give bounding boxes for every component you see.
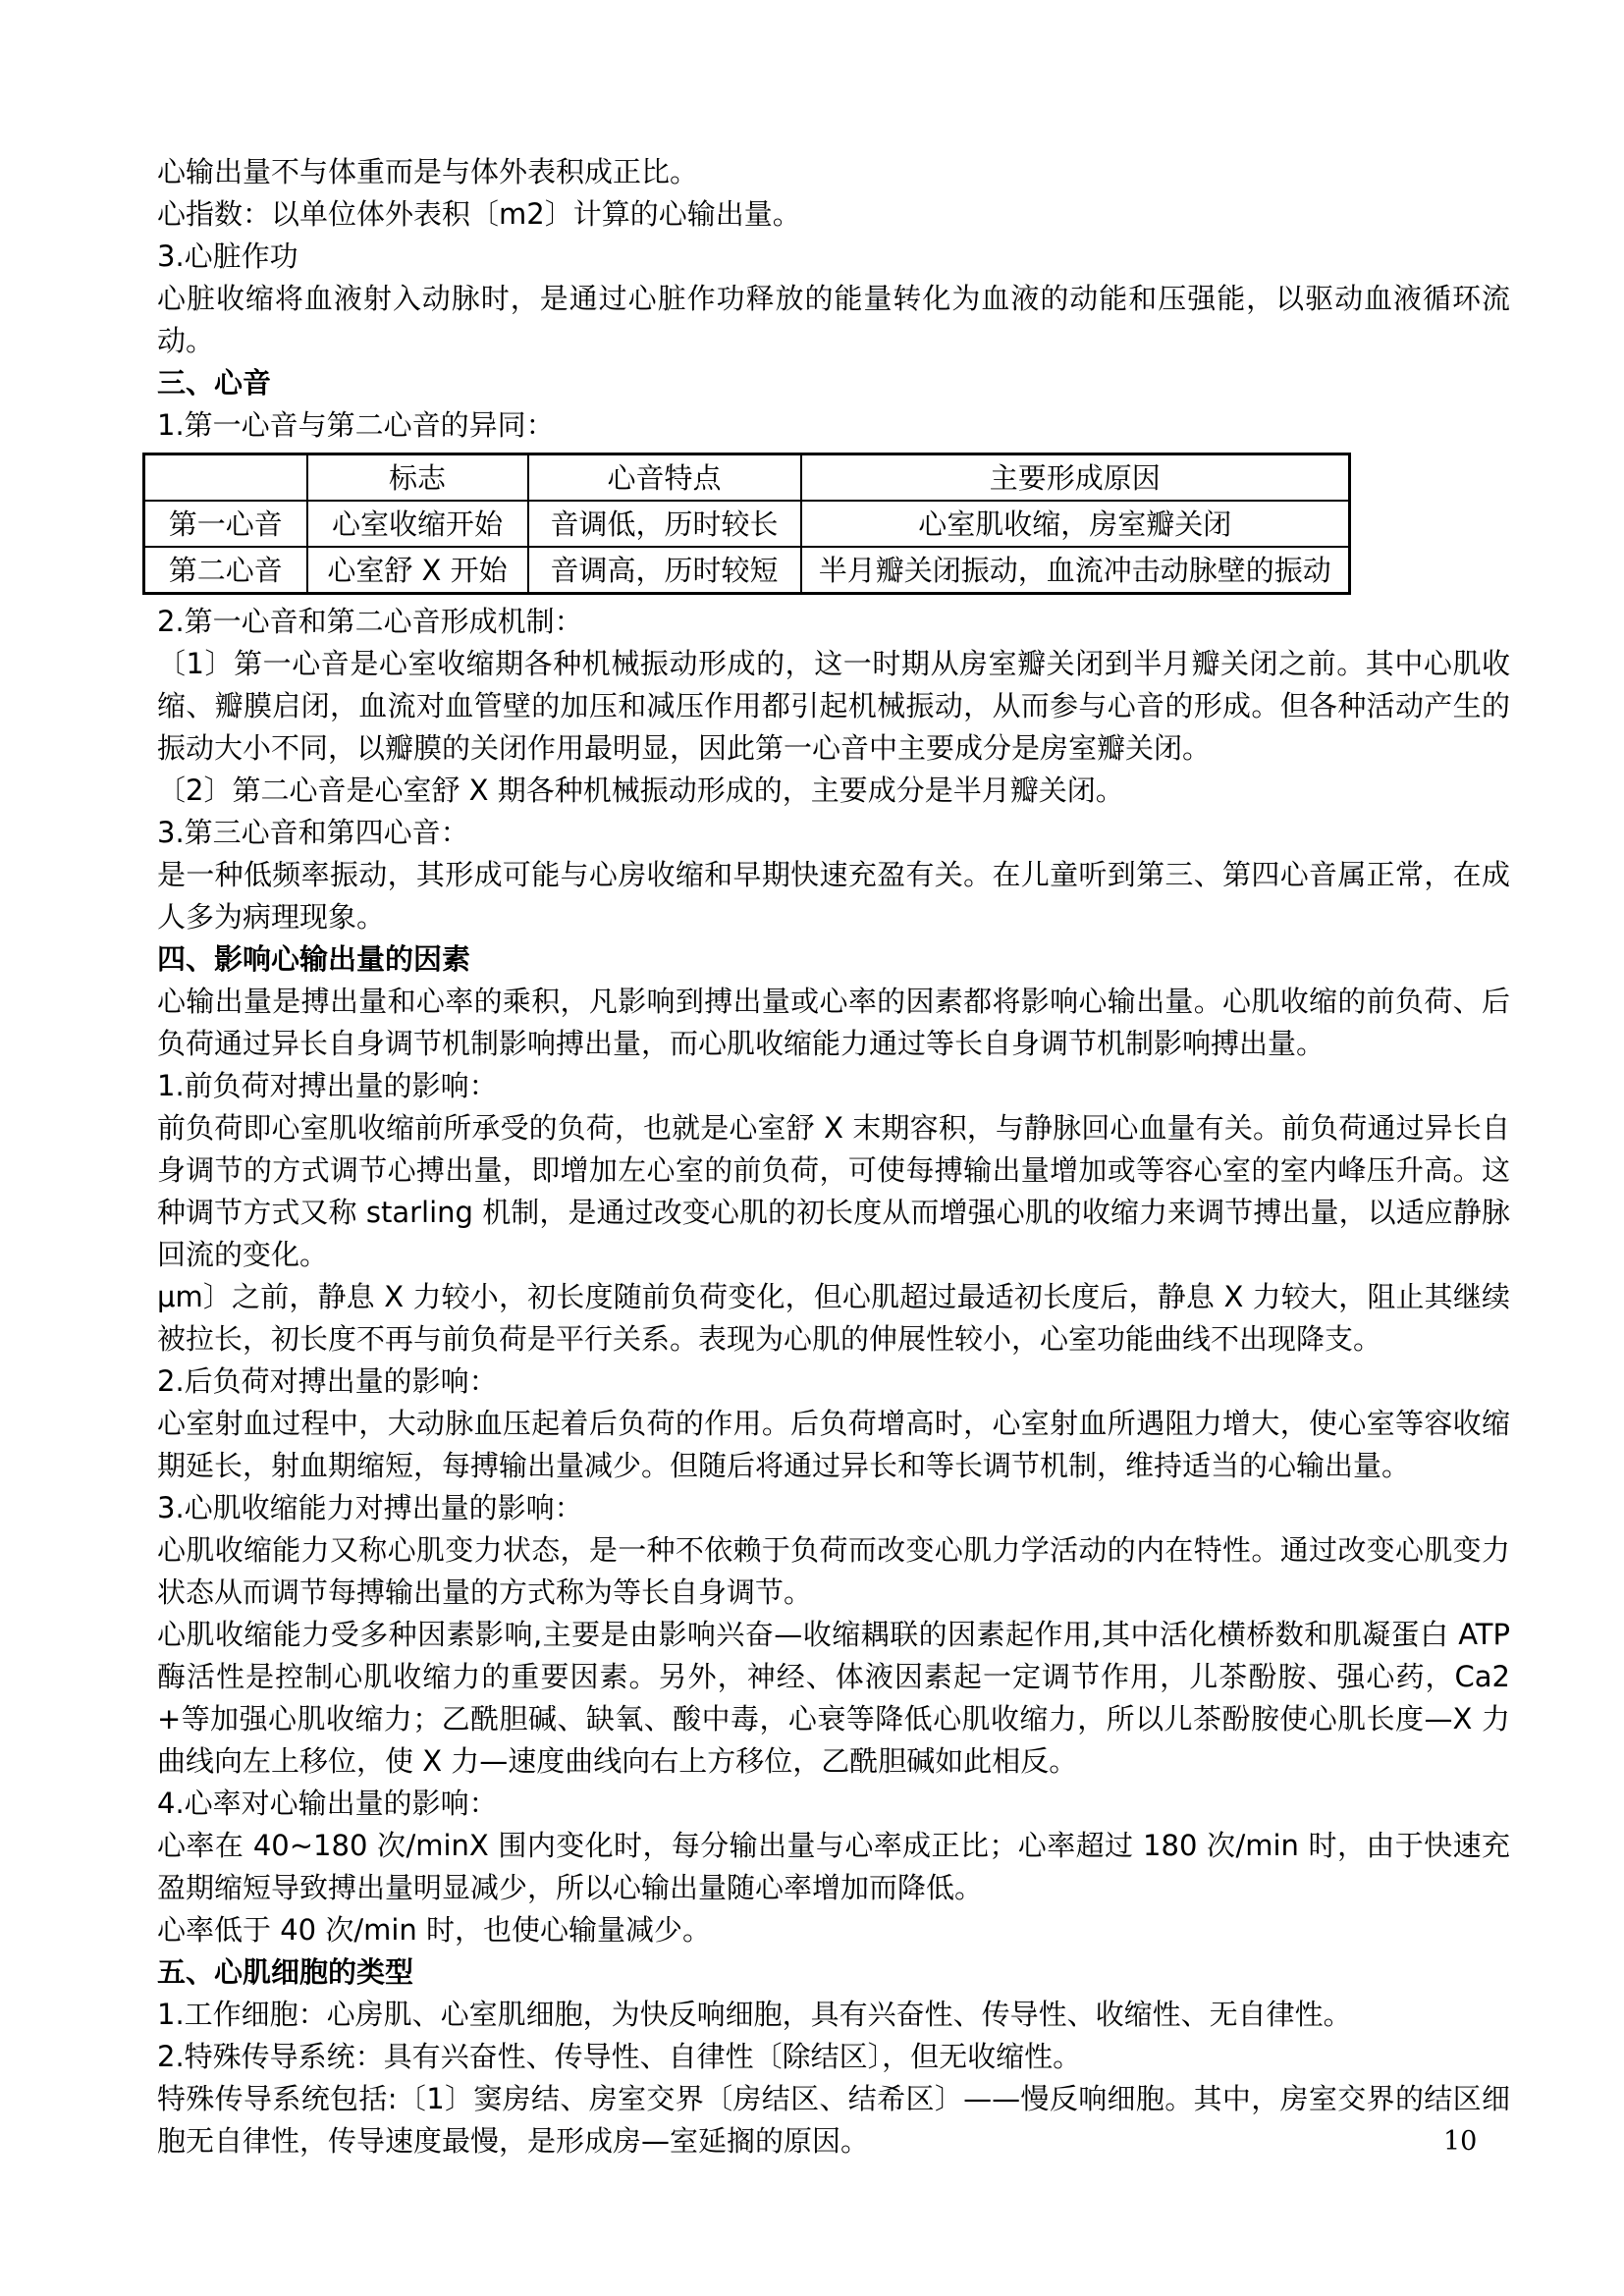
paragraph: 是一种低频率振动，其形成可能与心房收缩和早期快速充盈有关。在儿童听到第三、第四心… <box>157 854 1510 938</box>
table-row: 第一心音心室收缩开始音调低，历时较长心室肌收缩，房室瓣关闭 <box>144 501 1350 547</box>
table-header-row: 标志心音特点主要形成原因 <box>144 454 1350 502</box>
page-number: 10 <box>1443 2126 1477 2157</box>
paragraph: μm〕之前，静息 X 力较小，初长度随前负荷变化，但心肌超过最适初长度后，静息 … <box>157 1276 1510 1361</box>
paragraph: 3.心脏作功 <box>157 236 1510 278</box>
paragraph: 心率在 40~180 次/minX 围内变化时，每分输出量与心率成正比；心率超过… <box>157 1825 1510 1909</box>
paragraph: 特殊传导系统包括:〔1〕窦房结、房室交界〔房结区、结希区〕——慢反响细胞。其中，… <box>157 2078 1510 2163</box>
table-header-cell: 主要形成原因 <box>801 454 1350 502</box>
table-header-cell: 标志 <box>307 454 528 502</box>
table-row: 第二心音心室舒 X 开始音调高，历时较短半月瓣关闭振动，血流冲击动脉壁的振动 <box>144 547 1350 594</box>
paragraph: 心肌收缩能力受多种因素影响,主要是由影响兴奋—收缩耦联的因素起作用,其中活化横桥… <box>157 1614 1510 1783</box>
table-cell: 音调低，历时较长 <box>528 501 801 547</box>
paragraph: 2.后负荷对搏出量的影响： <box>157 1361 1510 1403</box>
paragraph: 前负荷即心室肌收缩前所承受的负荷，也就是心室舒 X 末期容积，与静脉回心血量有关… <box>157 1107 1510 1276</box>
paragraph: 心室射血过程中，大动脉血压起着后负荷的作用。后负荷增高时，心室射血所遇阻力增大，… <box>157 1403 1510 1487</box>
heart-sounds-comparison-table: 标志心音特点主要形成原因第一心音心室收缩开始音调低，历时较长心室肌收缩，房室瓣关… <box>142 453 1351 595</box>
paragraph: 1.第一心音与第二心音的异同： <box>157 404 1510 447</box>
table-cell: 第一心音 <box>144 501 307 547</box>
table-header-cell <box>144 454 307 502</box>
table-cell: 半月瓣关闭振动，血流冲击动脉壁的振动 <box>801 547 1350 594</box>
table-cell: 心室舒 X 开始 <box>307 547 528 594</box>
paragraph: 2.第一心音和第二心音形成机制： <box>157 601 1510 643</box>
table-cell: 心室收缩开始 <box>307 501 528 547</box>
paragraph: 心输出量是搏出量和心率的乘积，凡影响到搏出量或心率的因素都将影响心输出量。心肌收… <box>157 981 1510 1065</box>
section-heading: 三、心音 <box>157 362 1510 404</box>
table-header-cell: 心音特点 <box>528 454 801 502</box>
paragraph: 1.工作细胞：心房肌、心室肌细胞，为快反响细胞，具有兴奋性、传导性、收缩性、无自… <box>157 1994 1510 2036</box>
paragraph: 〔1〕第一心音是心室收缩期各种机械振动形成的，这一时期从房室瓣关闭到半月瓣关闭之… <box>157 643 1510 770</box>
section-heading: 五、心肌细胞的类型 <box>157 1951 1510 1994</box>
paragraph: 1.前负荷对搏出量的影响： <box>157 1065 1510 1107</box>
document-page: 心输出量不与体重而是与体外表积成正比。心指数：以单位体外表积〔m2〕计算的心输出… <box>0 0 1624 2296</box>
table-cell: 心室肌收缩，房室瓣关闭 <box>801 501 1350 547</box>
table-cell: 音调高，历时较短 <box>528 547 801 594</box>
paragraph: 心率低于 40 次/min 时，也使心输量减少。 <box>157 1909 1510 1951</box>
paragraph: 〔2〕第二心音是心室舒 X 期各种机械振动形成的，主要成分是半月瓣关闭。 <box>157 770 1510 812</box>
document-content: 心输出量不与体重而是与体外表积成正比。心指数：以单位体外表积〔m2〕计算的心输出… <box>157 151 1510 2163</box>
section-heading: 四、影响心输出量的因素 <box>157 938 1510 981</box>
paragraph: 心脏收缩将血液射入动脉时，是通过心脏作功释放的能量转化为血液的动能和压强能，以驱… <box>157 278 1510 362</box>
paragraph: 2.特殊传导系统：具有兴奋性、传导性、自律性〔除结区〕，但无收缩性。 <box>157 2036 1510 2078</box>
paragraph: 4.心率对心输出量的影响： <box>157 1783 1510 1825</box>
paragraph: 3.心肌收缩能力对搏出量的影响： <box>157 1487 1510 1529</box>
paragraph: 心输出量不与体重而是与体外表积成正比。 <box>157 151 1510 193</box>
paragraph: 心肌收缩能力又称心肌变力状态，是一种不依赖于负荷而改变心肌力学活动的内在特性。通… <box>157 1529 1510 1614</box>
paragraph: 心指数：以单位体外表积〔m2〕计算的心输出量。 <box>157 193 1510 236</box>
paragraph: 3.第三心音和第四心音： <box>157 812 1510 854</box>
table-cell: 第二心音 <box>144 547 307 594</box>
